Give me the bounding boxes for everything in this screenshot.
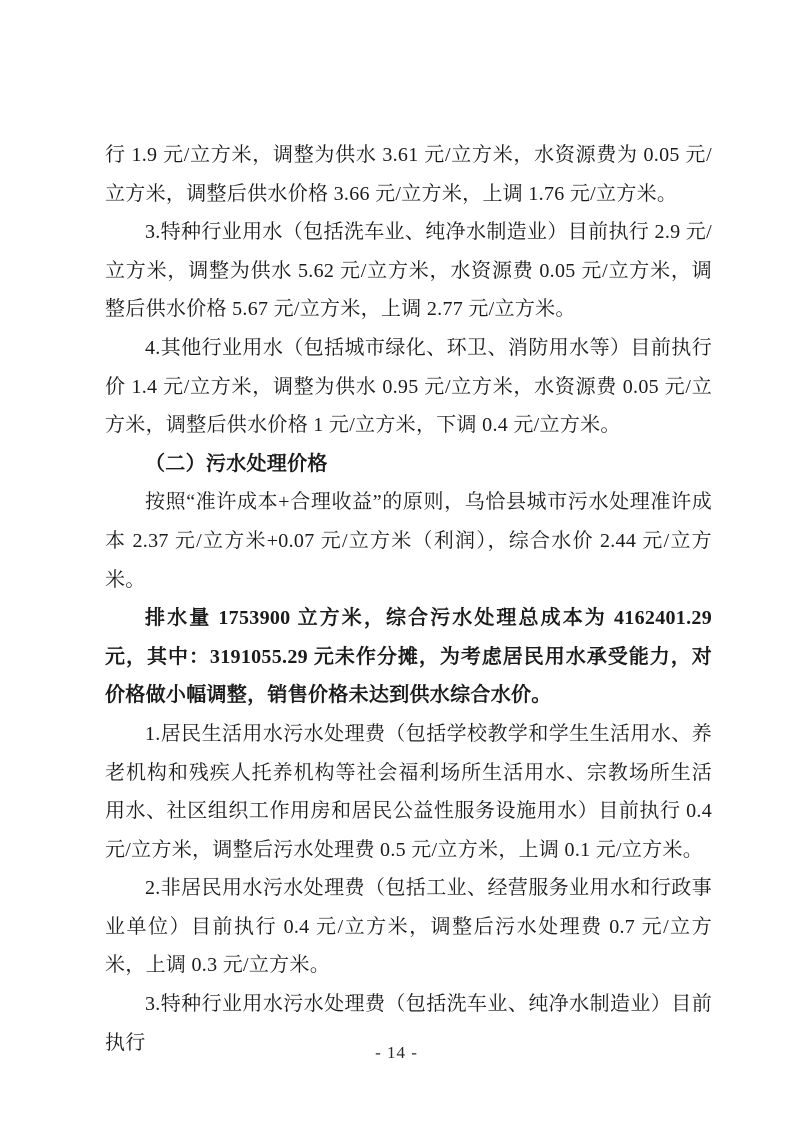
paragraph-water-price-industrial-continuation: 行 1.9 元/立方米，调整为供水 3.61 元/立方米，水资源费为 0.05 … bbox=[105, 136, 712, 213]
document-page: 行 1.9 元/立方米，调整为供水 3.61 元/立方米，水资源费为 0.05 … bbox=[0, 0, 793, 1122]
page-number: - 14 - bbox=[0, 1042, 793, 1064]
paragraph-other-industry-water-price: 4.其他行业用水（包括城市绿化、环卫、消防用水等）目前执行价 1.4 元/立方米… bbox=[105, 329, 712, 445]
paragraph-non-residential-sewage-fee: 2.非居民用水污水处理费（包括工业、经营服务业用水和行政事业单位）目前执行 0.… bbox=[105, 869, 712, 985]
paragraph-drainage-volume-cost-bold: 排水量 1753900 立方米，综合污水处理总成本为 4162401.29 元，… bbox=[105, 599, 712, 715]
paragraph-permitted-cost-principle: 按照“准许成本+合理收益”的原则，乌恰县城市污水处理准许成本 2.37 元/立方… bbox=[105, 483, 712, 599]
paragraph-special-industry-water-price: 3.特种行业用水（包括洗车业、纯净水制造业）目前执行 2.9 元/立方米，调整为… bbox=[105, 213, 712, 329]
paragraph-residential-sewage-fee: 1.居民生活用水污水处理费（包括学校教学和学生生活用水、养老机构和残疾人托养机构… bbox=[105, 715, 712, 869]
document-body: 行 1.9 元/立方米，调整为供水 3.61 元/立方米，水资源费为 0.05 … bbox=[105, 136, 712, 1062]
section-heading-sewage-treatment-price: （二）污水处理价格 bbox=[105, 445, 712, 484]
